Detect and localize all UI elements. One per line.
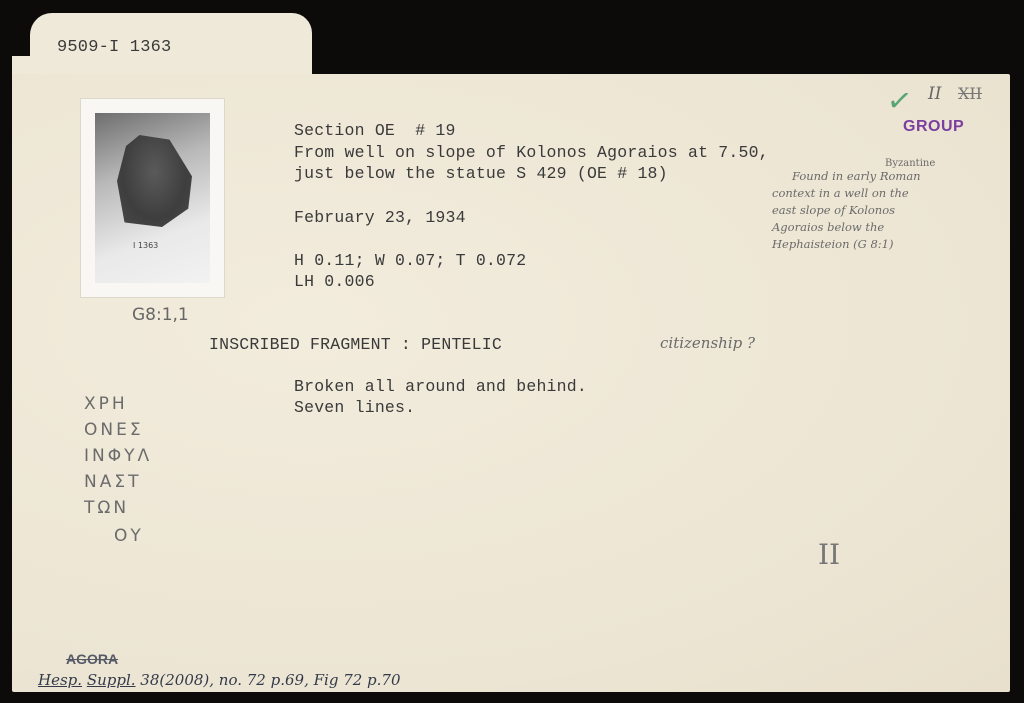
check-mark-icon: ✓ xyxy=(885,82,915,120)
inventory-number: 9509-I 1363 xyxy=(57,37,171,58)
fragment-photo: I 1363 xyxy=(95,113,210,283)
greek-transcription-line-3: ΙΝΦΥΛ xyxy=(84,444,152,468)
object-type: INSCRIBED FRAGMENT : PENTELIC xyxy=(209,334,502,355)
reference-journal: Hesp. xyxy=(38,671,82,689)
section-line: Section ΟΕ # 19 xyxy=(294,120,456,141)
context-note-line-1: Found in early Roman xyxy=(792,169,921,183)
group-stamp: GROUP xyxy=(903,118,964,136)
greek-transcription-line-2: ΟΝΕΣ xyxy=(84,418,144,442)
greek-transcription-line-4: ΝΑΣΤ xyxy=(84,470,141,494)
excavation-date: February 23, 1934 xyxy=(294,207,466,228)
context-note-line-2: context in a well on the xyxy=(772,186,909,200)
greek-transcription-line-1: ΧΡΗ xyxy=(84,392,128,416)
roman-numeral-top: II xyxy=(928,84,941,104)
topic-note-citizenship: citizenship ? xyxy=(660,334,755,352)
context-insert-byzantine: Byzantine xyxy=(885,158,935,169)
context-note-line-5: Hephaisteion (G 8:1) xyxy=(772,237,893,251)
context-note-line-3: east slope of Kolonos xyxy=(772,203,895,217)
stone-fragment-image xyxy=(117,135,192,227)
description-line-2: Seven lines. xyxy=(294,397,415,418)
reference-supplement: Suppl. xyxy=(87,671,136,689)
dimensions-line-1: H 0.11; W 0.07; T 0.072 xyxy=(294,250,526,271)
roman-numeral-bottom: II xyxy=(818,538,840,571)
dimensions-line-2: LH 0.006 xyxy=(294,271,375,292)
findspot-line-2: just below the statue S 429 (ΟΕ # 18) xyxy=(294,163,668,184)
context-note-line-4: Agoraios below the xyxy=(772,220,884,234)
agora-stamp: AGORA xyxy=(66,651,118,667)
findspot-line-1: From well on slope of Kolonos Agoraios a… xyxy=(294,142,769,163)
greek-transcription-line-5: ΤΩΝ xyxy=(84,496,129,520)
photo-grid-caption: G8:1,1 xyxy=(132,305,189,325)
description-line-1: Broken all around and behind. xyxy=(294,376,587,397)
publication-reference: Hesp. Suppl. 38(2008), no. 72 p.69, Fig … xyxy=(38,671,401,689)
photo-mount: I 1363 xyxy=(81,99,224,297)
greek-transcription-line-6: ΟΥ xyxy=(114,524,144,548)
roman-numeral-struck: XII xyxy=(958,84,982,103)
reference-details: 38(2008), no. 72 p.69, Fig 72 p.70 xyxy=(136,671,401,689)
photo-inventory-label: I 1363 xyxy=(133,241,158,250)
